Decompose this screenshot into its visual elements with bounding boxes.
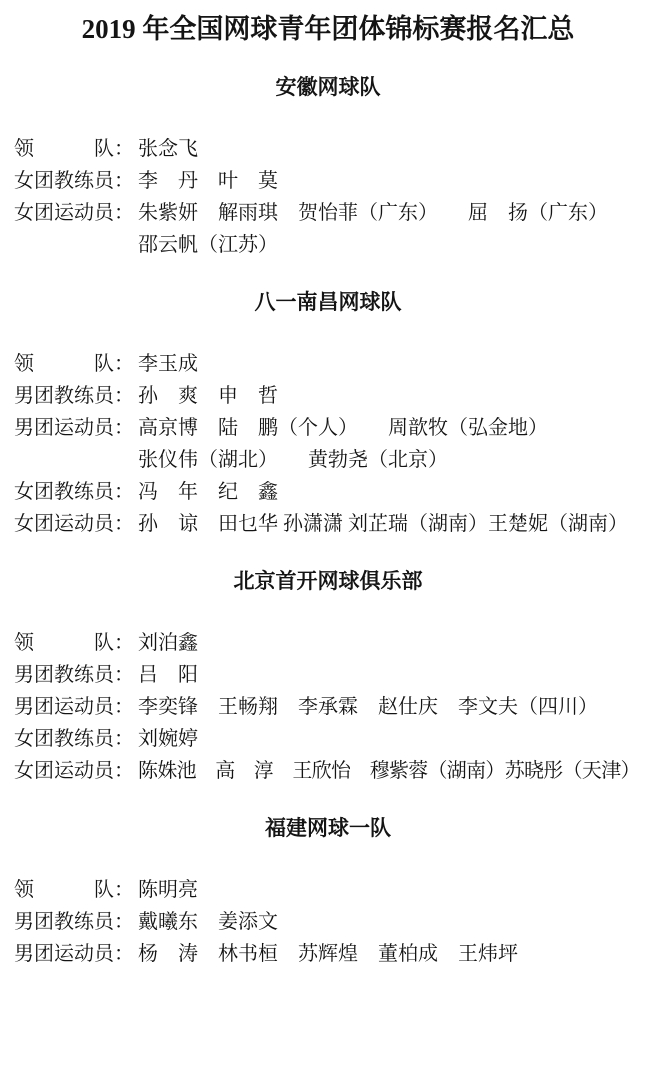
roster-line: 女团教练员：李 丹 叶 莫: [14, 165, 642, 197]
roster-line-label: 男团教练员：: [14, 906, 134, 938]
roster-line-label: 女团教练员：: [14, 723, 134, 755]
roster-line-content: 孙 谅 田乜华 孙潇潇 刘芷瑞（湖南）王楚妮（湖南）: [138, 513, 628, 535]
team-name: 福建网球一队: [14, 815, 642, 841]
page-title: 2019 年全国网球青年团体锦标赛报名汇总: [14, 12, 642, 46]
roster-line-label: 女团运动员：: [14, 755, 134, 787]
roster-line-content: 杨 涛 林书桓 苏辉煌 董柏成 王炜坪: [138, 943, 518, 965]
roster-line-label: 领 队：: [14, 874, 134, 906]
roster-lines: 领 队：陈明亮 男团教练员：戴曦东 姜添文 男团运动员：杨 涛 林书桓 苏辉煌 …: [14, 874, 642, 970]
team-section: 北京首开网球俱乐部 领 队：刘泊鑫 男团教练员：吕 阳 男团运动员：李奕锋 王畅…: [14, 568, 642, 787]
team-name: 安徽网球队: [14, 74, 642, 100]
roster-line: 男团教练员：吕 阳: [14, 659, 642, 691]
roster-line-label: 女团教练员：: [14, 165, 134, 197]
roster-line: 张仪伟（湖北） 黄勃尧（北京）: [14, 444, 642, 476]
roster-line-content: 李奕锋 王畅翔 李承霖 赵仕庆 李文夫（四川）: [138, 696, 598, 718]
roster-line: 男团运动员：李奕锋 王畅翔 李承霖 赵仕庆 李文夫（四川）: [14, 691, 642, 723]
team-name: 北京首开网球俱乐部: [14, 568, 642, 594]
roster-line-content: 孙 爽 申 哲: [138, 385, 278, 407]
roster-line-label: 男团运动员：: [14, 938, 134, 970]
roster-line-content: 张念飞: [138, 138, 198, 160]
roster-line-label: 男团运动员：: [14, 691, 134, 723]
teams-container: 安徽网球队 领 队：张念飞 女团教练员：李 丹 叶 莫 女团运动员：朱紫妍 解雨…: [14, 74, 642, 970]
roster-line-label: 领 队：: [14, 348, 134, 380]
roster-line-label: 女团运动员：: [14, 197, 134, 229]
roster-line-content: 张仪伟（湖北） 黄勃尧（北京）: [138, 449, 448, 471]
roster-lines: 领 队：刘泊鑫 男团教练员：吕 阳 男团运动员：李奕锋 王畅翔 李承霖 赵仕庆 …: [14, 627, 642, 787]
document-page: { "page": { "title": "2019 年全国网球青年团体锦标赛报…: [0, 0, 650, 1065]
roster-line-content: 邵云帆（江苏）: [138, 234, 278, 256]
team-section: 八一南昌网球队 领 队：李玉成 男团教练员：孙 爽 申 哲 男团运动员：高京博 …: [14, 289, 642, 540]
roster-line-label: 男团运动员：: [14, 412, 134, 444]
roster-line-content: 刘泊鑫: [138, 632, 198, 654]
roster-line-label: 男团教练员：: [14, 659, 134, 691]
roster-line-content: 高京博 陆 鹏（个人） 周歆牧（弘金地）: [138, 417, 548, 439]
roster-line: 男团教练员：孙 爽 申 哲: [14, 380, 642, 412]
roster-line-content: 李 丹 叶 莫: [138, 170, 278, 192]
roster-lines: 领 队：张念飞 女团教练员：李 丹 叶 莫 女团运动员：朱紫妍 解雨琪 贺怡菲（…: [14, 133, 642, 261]
roster-line: 女团教练员：刘婉婷: [14, 723, 642, 755]
roster-line: 男团运动员：高京博 陆 鹏（个人） 周歆牧（弘金地）: [14, 412, 642, 444]
roster-line-content: 吕 阳: [138, 664, 198, 686]
roster-line-content: 朱紫妍 解雨琪 贺怡菲（广东） 屈 扬（广东）: [138, 202, 608, 224]
team-name: 八一南昌网球队: [14, 289, 642, 315]
roster-line: 男团教练员：戴曦东 姜添文: [14, 906, 642, 938]
roster-line-label: 女团运动员：: [14, 508, 134, 540]
roster-line-label: 领 队：: [14, 133, 134, 165]
roster-line: 领 队：张念飞: [14, 133, 642, 165]
roster-line: 女团运动员：朱紫妍 解雨琪 贺怡菲（广东） 屈 扬（广东）: [14, 197, 642, 229]
roster-line: 女团教练员：冯 年 纪 鑫: [14, 476, 642, 508]
roster-line-content: 陈姝池 高 淳 王欣怡 穆紫蓉（湖南）苏晓彤（天津）: [138, 760, 640, 782]
roster-line-content: 李玉成: [138, 353, 198, 375]
roster-line-content: 冯 年 纪 鑫: [138, 481, 278, 503]
team-section: 安徽网球队 领 队：张念飞 女团教练员：李 丹 叶 莫 女团运动员：朱紫妍 解雨…: [14, 74, 642, 261]
roster-line-label: 男团教练员：: [14, 380, 134, 412]
roster-line: 女团运动员：孙 谅 田乜华 孙潇潇 刘芷瑞（湖南）王楚妮（湖南）: [14, 508, 642, 540]
roster-line-content: 陈明亮: [138, 879, 198, 901]
roster-lines: 领 队：李玉成 男团教练员：孙 爽 申 哲 男团运动员：高京博 陆 鹏（个人） …: [14, 348, 642, 540]
roster-line-content: 戴曦东 姜添文: [138, 911, 278, 933]
roster-line: 领 队：刘泊鑫: [14, 627, 642, 659]
roster-line: 领 队：李玉成: [14, 348, 642, 380]
team-section: 福建网球一队 领 队：陈明亮 男团教练员：戴曦东 姜添文 男团运动员：杨 涛 林…: [14, 815, 642, 970]
roster-line: 领 队：陈明亮: [14, 874, 642, 906]
roster-line: 男团运动员：杨 涛 林书桓 苏辉煌 董柏成 王炜坪: [14, 938, 642, 970]
roster-line: 女团运动员：陈姝池 高 淳 王欣怡 穆紫蓉（湖南）苏晓彤（天津）: [14, 755, 642, 787]
roster-line: 邵云帆（江苏）: [14, 229, 642, 261]
roster-line-label: 领 队：: [14, 627, 134, 659]
roster-line-content: 刘婉婷: [138, 728, 198, 750]
roster-line-label: 女团教练员：: [14, 476, 134, 508]
